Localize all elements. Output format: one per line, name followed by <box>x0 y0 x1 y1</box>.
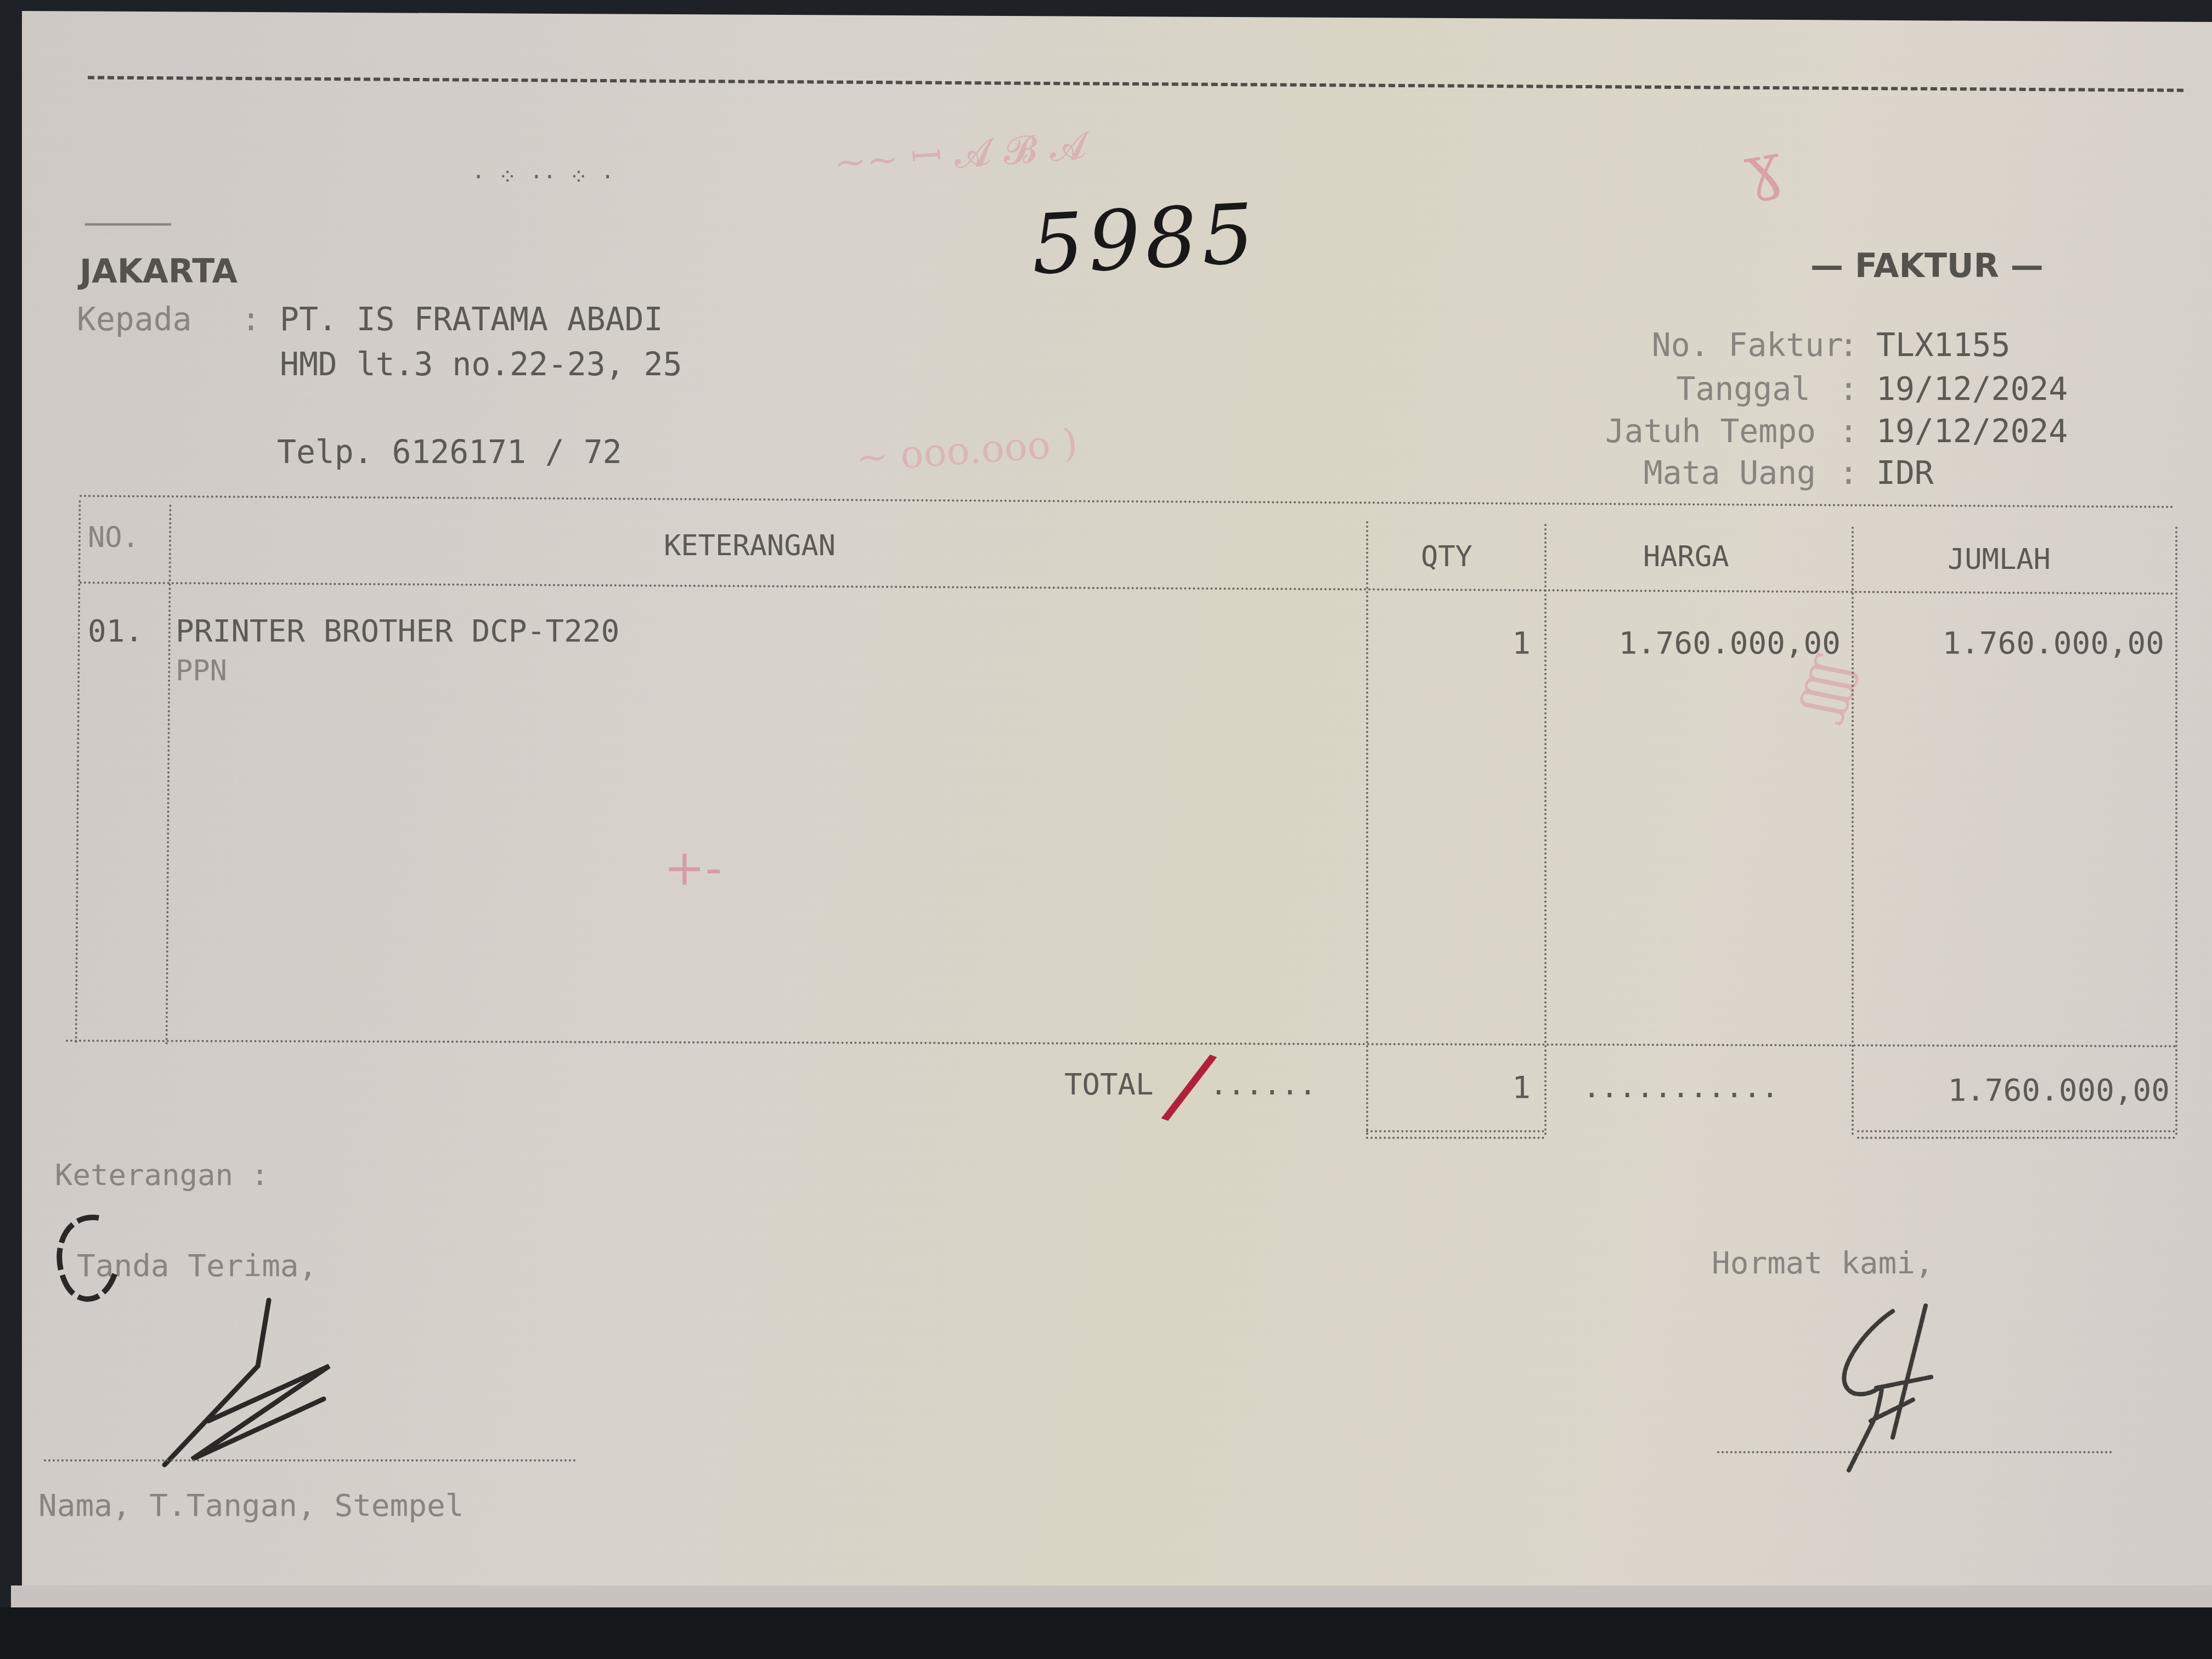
info-separator: : <box>1839 413 1858 450</box>
date-value: 19/12/2024 <box>1876 370 2068 408</box>
col-divider-qty <box>1544 524 1547 1136</box>
table-right-border <box>2175 527 2177 1136</box>
notes-label: Keterangan : <box>55 1158 269 1192</box>
receiver-signature-line <box>44 1459 576 1462</box>
receiver-signature <box>143 1295 351 1478</box>
invoice-number-label: No. Faktur <box>1591 326 1843 364</box>
total-amount-bottom-border-double <box>1857 1137 2175 1139</box>
row-no: 01. <box>88 613 143 649</box>
currency-value: IDR <box>1876 454 1934 492</box>
recipient-separator: : <box>241 301 261 338</box>
header-qty: QTY <box>1421 540 1472 573</box>
recipient-label: Kepada <box>77 301 192 338</box>
row-qty: 1 <box>1372 625 1531 661</box>
recipient-phone: Telp. 6126171 / 72 <box>277 433 622 471</box>
receiver-caption: Nama, T.Tangan, Stempel <box>38 1488 464 1523</box>
header-price: HARGA <box>1643 540 1729 573</box>
ink-speckle: · ⁘ ·· ⁘ · <box>472 165 614 190</box>
due-date-value: 19/12/2024 <box>1876 413 2068 450</box>
currency-label: Mata Uang <box>1591 454 1816 492</box>
header-no: NO. <box>88 521 139 554</box>
row-amount: 1.760.000,00 <box>1860 625 2164 661</box>
total-label-dots: ...... <box>1210 1067 1317 1102</box>
pink-plus-mark: +‐ <box>664 839 722 897</box>
total-amount: 1.760.000,00 <box>1860 1073 2170 1108</box>
handwritten-invoice-number: 5985 <box>1029 186 1261 293</box>
total-qty-bottom-border-double <box>1366 1137 1544 1139</box>
total-price-dots: ........... <box>1583 1070 1779 1104</box>
total-qty-bottom-border <box>1366 1130 1544 1132</box>
city-label: JAKARTA <box>80 252 238 291</box>
due-date-label: Jatuh Tempo <box>1569 413 1816 450</box>
regards-label: Hormat kami, <box>1712 1245 1934 1281</box>
header-description: KETERANGAN <box>664 529 836 562</box>
punch-hole-mark <box>44 1207 132 1319</box>
date-label: Tanggal <box>1591 370 1810 408</box>
table-surface <box>0 1607 2212 1659</box>
document-title: — FAKTUR — <box>1810 247 2044 285</box>
header-amount: JUMLAH <box>1948 543 2051 576</box>
col-divider-description <box>1366 521 1368 1136</box>
info-separator: : <box>1839 326 1858 364</box>
invoice-number-value: TLX1155 <box>1876 326 2010 364</box>
row-sub-description: PPN <box>176 654 227 687</box>
info-separator: : <box>1839 454 1858 492</box>
paper-stack-edge <box>11 1585 2212 1607</box>
col-divider-price <box>1852 527 1854 1136</box>
total-label: TOTAL <box>1064 1067 1154 1102</box>
sender-signature-line <box>1717 1451 2112 1453</box>
row-description: PRINTER BROTHER DCP-T220 <box>176 613 619 649</box>
recipient-name: PT. IS FRATAMA ABADI <box>280 301 663 338</box>
recipient-address: HMD lt.3 no.22-23, 25 <box>280 346 682 383</box>
total-amount-bottom-border <box>1857 1130 2175 1132</box>
row-price: 1.760.000,00 <box>1550 625 1841 661</box>
info-separator: : <box>1839 370 1858 408</box>
company-subtitle-line: ━━━━━━━━━━ <box>85 217 171 233</box>
total-qty: 1 <box>1372 1070 1531 1105</box>
